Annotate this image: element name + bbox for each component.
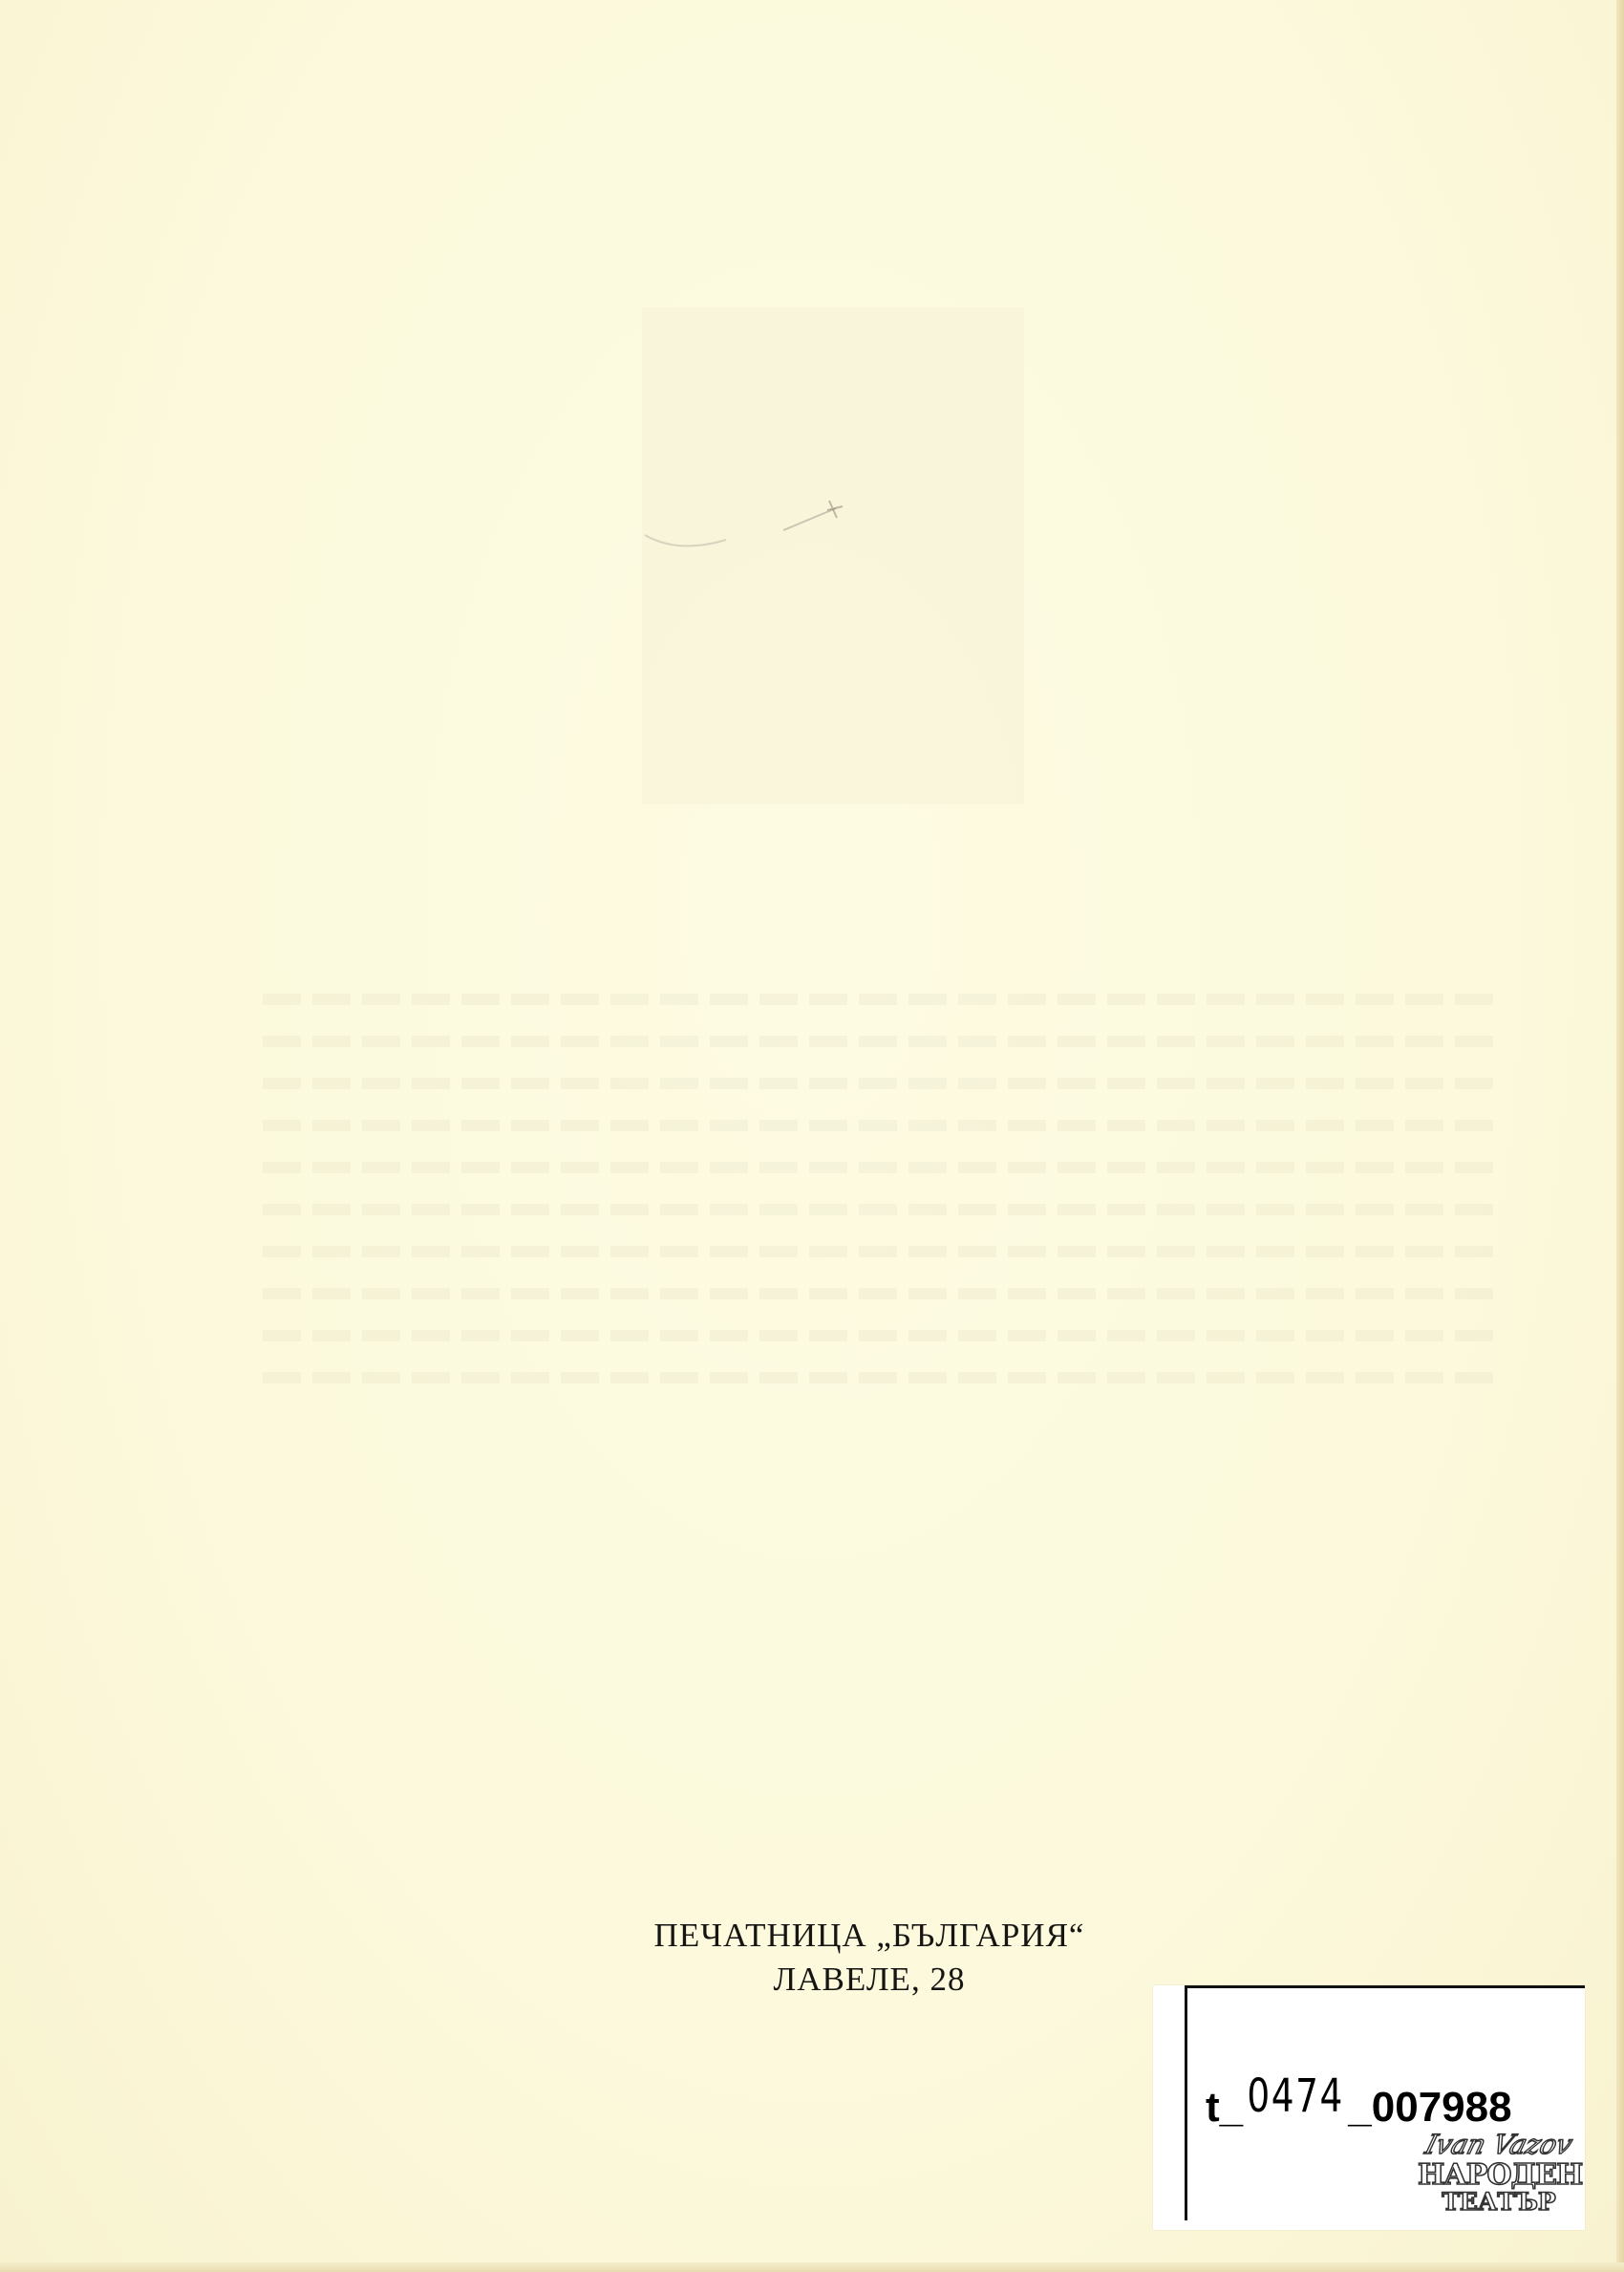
paper-edge-bottom [0, 2262, 1624, 2272]
logo-line-1: НАРОДЕН [1418, 2161, 1580, 2190]
inventory-prefix: t_ [1206, 2084, 1243, 2131]
inventory-number: t_0474_007988 [1206, 2079, 1512, 2133]
logo-signature: Ivan Vazov [1413, 2129, 1584, 2161]
printer-imprint: ПЕЧАТНИЦА „БЪЛГАРИЯ“ ЛАВЕЛЕ, 28 [535, 1915, 1204, 2001]
printer-name: ПЕЧАТНИЦА „БЪЛГАРИЯ“ [535, 1915, 1204, 1957]
show-through-text [263, 994, 1505, 1471]
inventory-suffix: _007988 [1348, 2084, 1511, 2131]
logo-line-2: ТЕАТЪР [1418, 2190, 1580, 2215]
national-theatre-logo: Ivan Vazov НАРОДЕН ТЕАТЪР [1418, 2129, 1580, 2224]
label-border-top [1186, 1985, 1585, 1988]
paper-edge-right [1616, 0, 1624, 2272]
printer-address: ЛАВЕЛЕ, 28 [535, 1959, 1204, 2001]
pencil-mark [640, 497, 908, 573]
inventory-handwritten: 0474 [1247, 2069, 1344, 2123]
archive-label: t_0474_007988 Ivan Vazov НАРОДЕН ТЕАТЪР [1153, 1985, 1585, 2230]
document-page: ПЕЧАТНИЦА „БЪЛГАРИЯ“ ЛАВЕЛЕ, 28 t_0474_0… [0, 0, 1624, 2272]
label-border-left [1185, 1985, 1187, 2220]
